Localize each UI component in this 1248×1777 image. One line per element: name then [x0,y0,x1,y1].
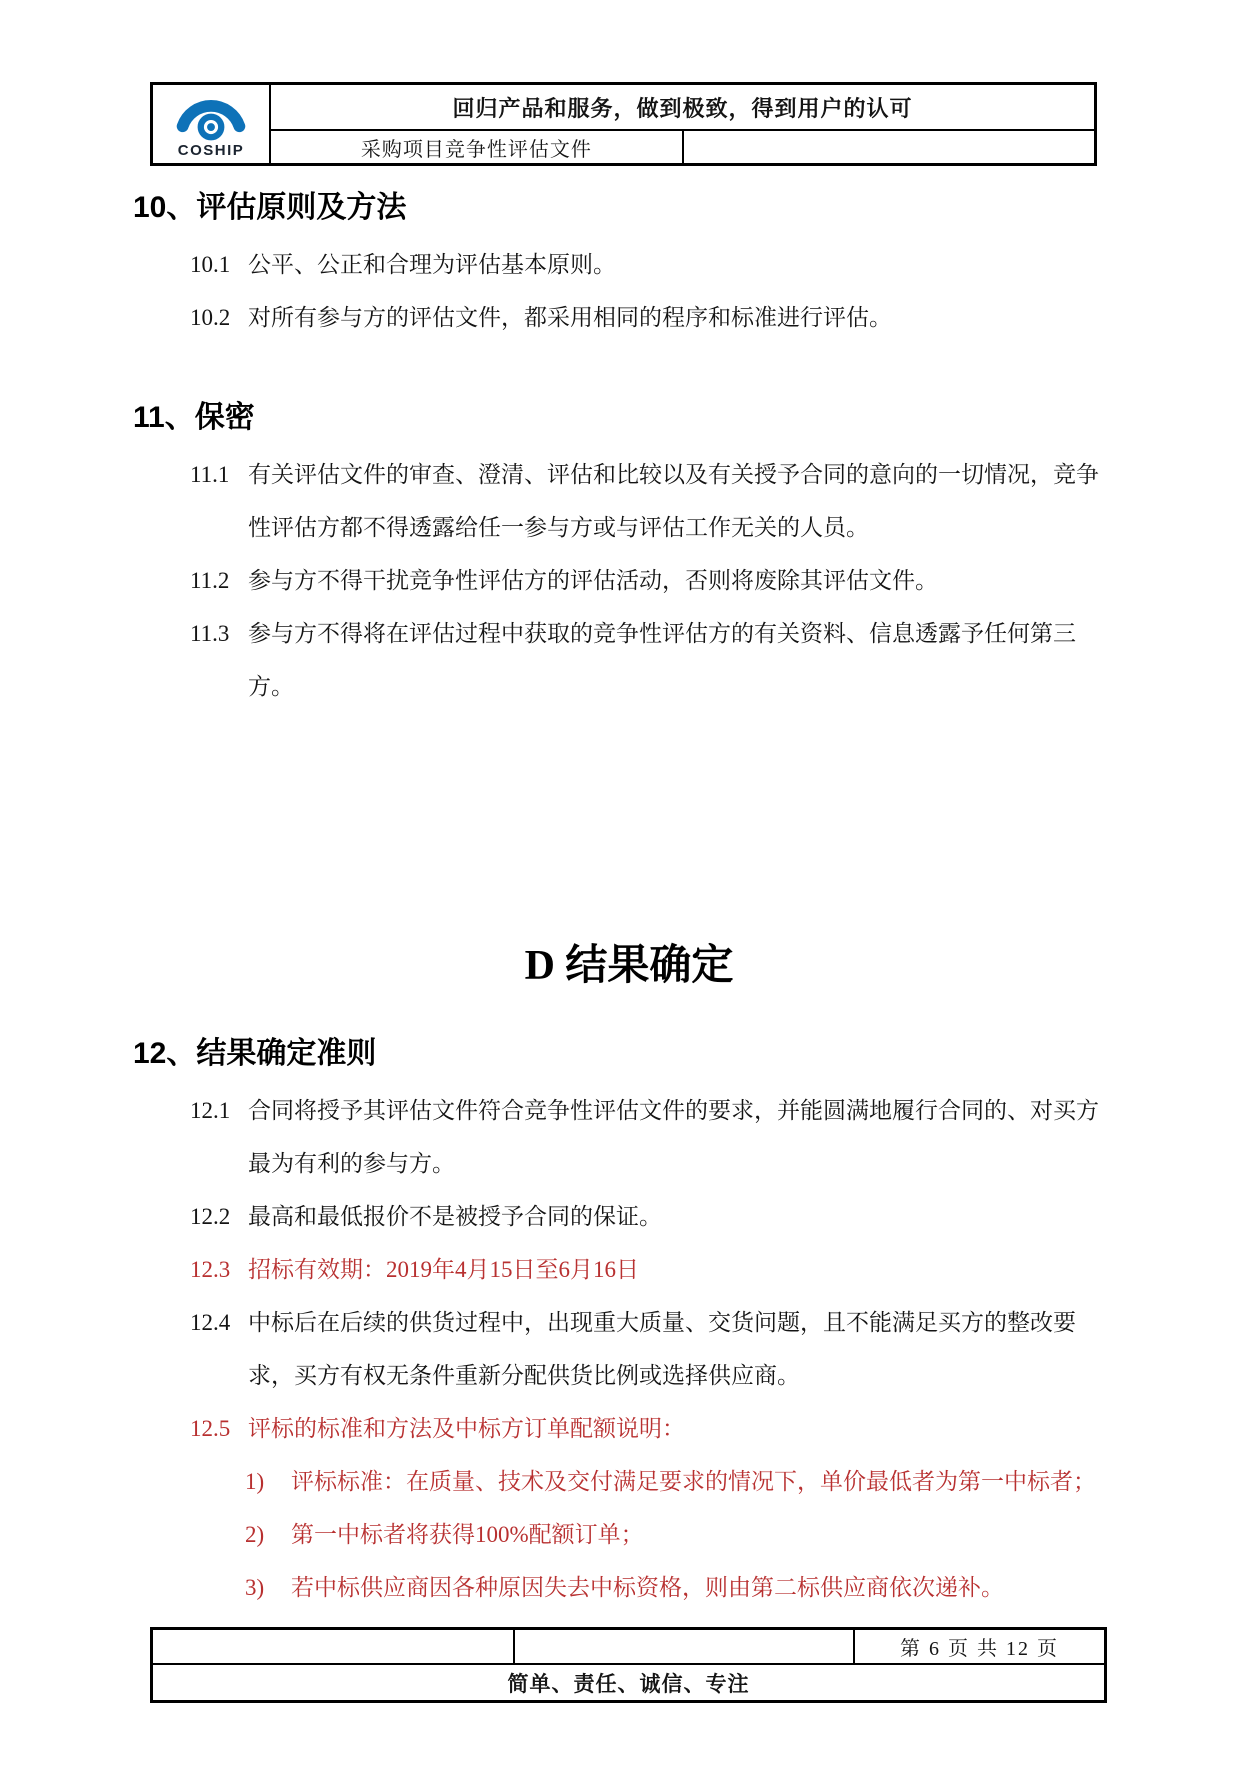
part-d-title: D 结果确定 [150,938,1108,994]
header-empty-cell [683,130,1096,165]
doc-type-cell: 采购项目竞争性评估文件 [270,130,683,165]
para-text: 公平、公正和合理为评估基本原则。 [248,238,1108,291]
para-12-5: 12.5 评标的标准和方法及中标方订单配额说明： [190,1402,1108,1455]
coship-eye-icon [171,90,251,142]
section-10-paragraphs: 10.1 公平、公正和合理为评估基本原则。 10.2 对所有参与方的评估文件，都… [150,238,1108,344]
doc-type-title: 采购项目竞争性评估文件 [361,139,592,161]
company-slogan: 回归产品和服务，做到极致，得到用户的认可 [452,96,912,121]
page-number: 第 6 页 共 12 页 [854,1629,1106,1665]
motto-cell: 简单、责任、诚信、专注 [152,1664,1106,1702]
para-12-1: 12.1 合同将授予其评估文件符合竞争性评估文件的要求，并能圆满地履行合同的、对… [190,1084,1108,1190]
logo-text: COSHIP [178,143,245,158]
para-text: 评标的标准和方法及中标方订单配额说明： [248,1402,1108,1455]
company-motto: 简单、责任、诚信、专注 [508,1673,750,1696]
section-11-paragraphs: 11.1 有关评估文件的审查、澄清、评估和比较以及有关授予合同的意向的一切情况，… [150,448,1108,713]
subitem-number: 2) [245,1508,291,1561]
section-10-title: 10、评估原则及方法 [133,186,1108,230]
para-10-2: 10.2 对所有参与方的评估文件，都采用相同的程序和标准进行评估。 [190,291,1108,344]
document-body: 10、评估原则及方法 10.1 公平、公正和合理为评估基本原则。 10.2 对所… [150,166,1108,1614]
footer-empty-cell-1 [152,1629,515,1665]
logo-cell: COSHIP [152,84,271,165]
subitem-number: 1) [245,1455,291,1508]
footer-empty-cell-2 [514,1629,854,1665]
para-number: 12.5 [190,1402,248,1455]
para-number: 10.2 [190,291,248,344]
para-text: 最高和最低报价不是被授予合同的保证。 [248,1190,1108,1243]
para-12-3: 12.3 招标有效期：2019年4月15日至6月16日 [190,1243,1108,1296]
para-12-4: 12.4 中标后在后续的供货过程中，出现重大质量、交货问题，且不能满足买方的整改… [190,1296,1108,1402]
para-number: 12.3 [190,1243,248,1296]
subitem-1: 1) 评标标准：在质量、技术及交付满足要求的情况下，单价最低者为第一中标者； [245,1455,1108,1508]
subitem-text: 若中标供应商因各种原因失去中标资格，则由第二标供应商依次递补。 [291,1561,1108,1614]
para-number: 11.1 [190,448,248,554]
para-number: 12.1 [190,1084,248,1190]
header-table: COSHIP 回归产品和服务，做到极致，得到用户的认可 采购项目竞争性评估文件 [150,82,1097,166]
footer-table: 第 6 页 共 12 页 简单、责任、诚信、专注 [150,1627,1107,1703]
para-number: 12.4 [190,1296,248,1402]
company-logo: COSHIP [153,90,269,158]
para-number: 11.2 [190,554,248,607]
para-text: 参与方不得干扰竞争性评估方的评估活动，否则将废除其评估文件。 [248,554,1108,607]
para-text: 有关评估文件的审查、澄清、评估和比较以及有关授予合同的意向的一切情况，竞争性评估… [248,448,1108,554]
para-12-2: 12.2 最高和最低报价不是被授予合同的保证。 [190,1190,1108,1243]
para-text: 中标后在后续的供货过程中，出现重大质量、交货问题，且不能满足买方的整改要求，买方… [248,1296,1108,1402]
subitem-number: 3) [245,1561,291,1614]
para-number: 11.3 [190,607,248,713]
para-number: 12.2 [190,1190,248,1243]
para-text: 招标有效期：2019年4月15日至6月16日 [248,1243,1108,1296]
slogan-cell: 回归产品和服务，做到极致，得到用户的认可 [270,84,1096,131]
subitem-text: 第一中标者将获得100%配额订单； [291,1508,1108,1561]
subitem-2: 2) 第一中标者将获得100%配额订单； [245,1508,1108,1561]
para-text: 对所有参与方的评估文件，都采用相同的程序和标准进行评估。 [248,291,1108,344]
para-11-2: 11.2 参与方不得干扰竞争性评估方的评估活动，否则将废除其评估文件。 [190,554,1108,607]
section-12-title: 12、结果确定准则 [133,1032,1108,1076]
subitem-3: 3) 若中标供应商因各种原因失去中标资格，则由第二标供应商依次递补。 [245,1561,1108,1614]
section-12-paragraphs: 12.1 合同将授予其评估文件符合竞争性评估文件的要求，并能圆满地履行合同的、对… [150,1084,1108,1614]
para-11-1: 11.1 有关评估文件的审查、澄清、评估和比较以及有关授予合同的意向的一切情况，… [190,448,1108,554]
para-number: 10.1 [190,238,248,291]
section-11-title: 11、保密 [133,396,1108,440]
para-11-3: 11.3 参与方不得将在评估过程中获取的竞争性评估方的有关资料、信息透露予任何第… [190,607,1108,713]
para-10-1: 10.1 公平、公正和合理为评估基本原则。 [190,238,1108,291]
para-text: 合同将授予其评估文件符合竞争性评估文件的要求，并能圆满地履行合同的、对买方最为有… [248,1084,1108,1190]
para-text: 参与方不得将在评估过程中获取的竞争性评估方的有关资料、信息透露予任何第三方。 [248,607,1108,713]
subitem-text: 评标标准：在质量、技术及交付满足要求的情况下，单价最低者为第一中标者； [291,1455,1108,1508]
document-page: COSHIP 回归产品和服务，做到极致，得到用户的认可 采购项目竞争性评估文件 … [0,0,1248,1777]
